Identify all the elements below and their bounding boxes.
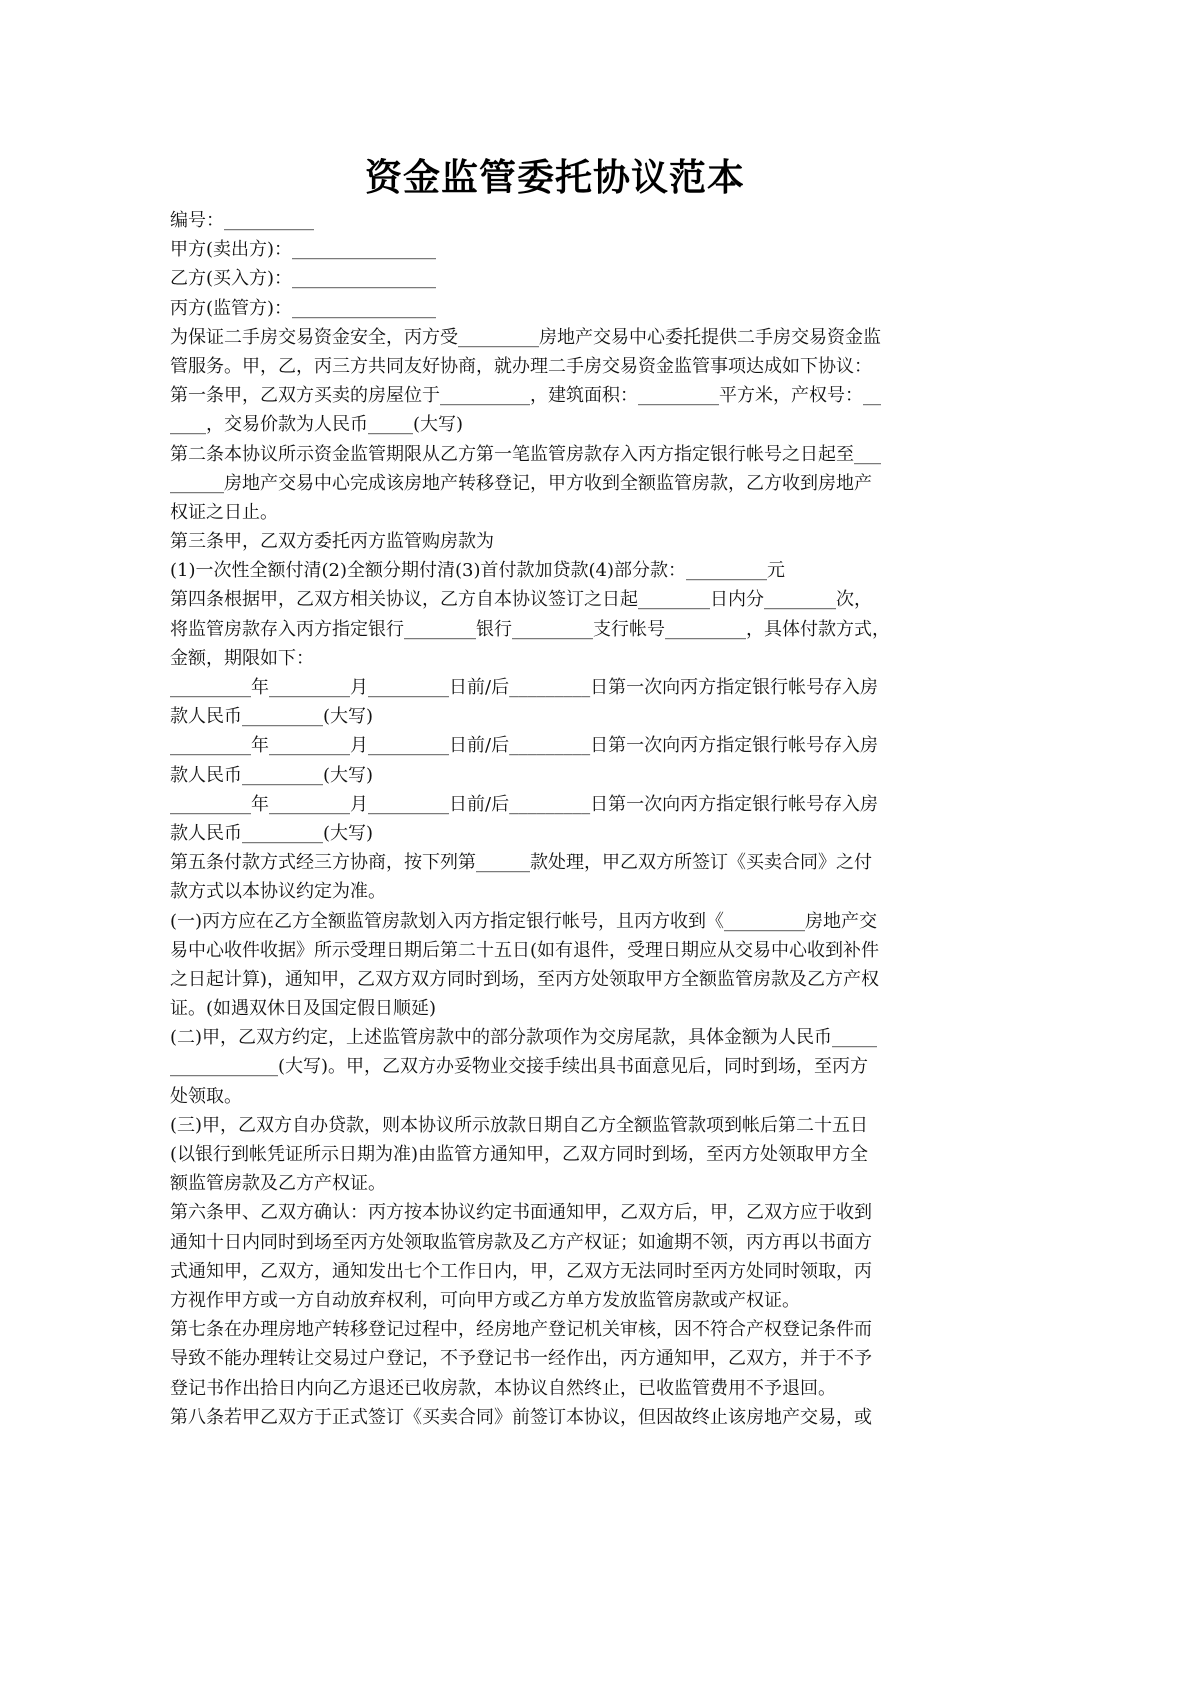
payment-schedule-line: 款人民币_________(大写) — [170, 819, 945, 848]
article-8-line: 第八条若甲乙双方于正式签订《买卖合同》前签订本协议，但因故终止该房地产交易，或 — [170, 1403, 945, 1432]
preamble-line: 管服务。甲，乙，丙三方共同友好协商，就办理二手房交易资金监管事项达成如下协议： — [170, 352, 945, 381]
field-party-b-buyer: 乙方(买入方)：________________ — [170, 264, 945, 293]
article-6-line: 第六条甲、乙双方确认：丙方按本协议约定书面通知甲，乙双方后，甲，乙双方应于收到 — [170, 1198, 945, 1227]
article-1-line: ____，交易价款为人民币_____(大写) — [170, 410, 945, 439]
article-4-line: 第四条根据甲，乙双方相关协议，乙方自本协议签订之日起________日内分___… — [170, 585, 945, 614]
payment-schedule-line: 款人民币_________(大写) — [170, 702, 945, 731]
article-2-line: 权证之日止。 — [170, 498, 945, 527]
article-3-line: 第三条甲，乙双方委托丙方监管购房款为 — [170, 527, 945, 556]
article-6-line: 通知十日内同时到场至丙方处领取监管房款及乙方产权证；如逾期不领，丙方再以书面方 — [170, 1228, 945, 1257]
article-6-line: 方视作甲方或一方自动放弃权利，可向甲方或乙方单方发放监管房款或产权证。 — [170, 1286, 945, 1315]
payment-schedule-line: _________年_________月_________日前/后_______… — [170, 790, 945, 819]
article-5-line: 第五条付款方式经三方协商，按下列第______款处理，甲乙双方所签订《买卖合同》… — [170, 848, 945, 877]
article-2-line: ______房地产交易中心完成该房地产转移登记，甲方收到全额监管房款，乙方收到房… — [170, 469, 945, 498]
clause-5-1-line: 证。(如遇双休日及国定假日顺延) — [170, 994, 945, 1023]
preamble-line: 为保证二手房交易资金安全，丙方受_________房地产交易中心委托提供二手房交… — [170, 323, 945, 352]
payment-schedule-line: _________年_________月_________日前/后_______… — [170, 673, 945, 702]
article-4-line: 将监管房款存入丙方指定银行________银行_________支行帐号____… — [170, 615, 945, 644]
article-7-line: 导致不能办理转让交易过户登记，不予登记书一经作出，丙方通知甲，乙双方，并于不予 — [170, 1344, 945, 1373]
clause-5-2-line: ____________(大写)。甲，乙双方办妥物业交接手续出具书面意见后，同时… — [170, 1052, 945, 1081]
clause-5-1-line: 易中心收件收据》所示受理日期后第二十五日(如有退件，受理日期应从交易中心收到补件 — [170, 936, 945, 965]
clause-5-3-line: 额监管房款及乙方产权证。 — [170, 1169, 945, 1198]
article-5-line: 款方式以本协议约定为准。 — [170, 877, 945, 906]
field-party-a-seller: 甲方(卖出方)：________________ — [170, 235, 945, 264]
article-7-line: 登记书作出拾日内向乙方退还已收房款，本协议自然终止，已收监管费用不予退回。 — [170, 1374, 945, 1403]
clause-5-1-line: 之日起计算)，通知甲，乙双方双方同时到场，至丙方处领取甲方全额监管房款及乙方产权 — [170, 965, 945, 994]
document-page: 资金监管委托协议范本 编号：__________ 甲方(卖出方)：_______… — [0, 0, 1190, 1683]
clause-5-1-line: (一)丙方应在乙方全额监管房款划入丙方指定银行帐号，且丙方收到《________… — [170, 907, 945, 936]
clause-5-3-line: (以银行到帐凭证所示日期为准)由监管方通知甲，乙双方同时到场，至丙方处领取甲方全 — [170, 1140, 945, 1169]
article-1-line: 第一条甲，乙双方买卖的房屋位于__________，建筑面积：_________… — [170, 381, 945, 410]
payment-schedule-line: _________年_________月_________日前/后_______… — [170, 731, 945, 760]
document-body: 编号：__________ 甲方(卖出方)：________________ 乙… — [170, 206, 945, 1432]
article-6-line: 式通知甲，乙双方，通知发出七个工作日内，甲，乙双方无法同时至丙方处同时领取，丙 — [170, 1257, 945, 1286]
document-title: 资金监管委托协议范本 — [170, 152, 940, 204]
article-7-line: 第七条在办理房地产转移登记过程中，经房地产登记机关审核，因不符合产权登记条件而 — [170, 1315, 945, 1344]
clause-5-2-line: 处领取。 — [170, 1082, 945, 1111]
clause-5-3-line: (三)甲，乙双方自办贷款，则本协议所示放款日期自乙方全额监管款项到帐后第二十五日 — [170, 1111, 945, 1140]
clause-5-2-line: (二)甲，乙双方约定，上述监管房款中的部分款项作为交房尾款，具体金额为人民币__… — [170, 1023, 945, 1052]
article-2-line: 第二条本协议所示资金监管期限从乙方第一笔监管房款存入丙方指定银行帐号之日起至__… — [170, 440, 945, 469]
field-party-c-supervisor: 丙方(监管方)：________________ — [170, 294, 945, 323]
article-4-line: 金额，期限如下： — [170, 644, 945, 673]
payment-schedule-line: 款人民币_________(大写) — [170, 761, 945, 790]
field-serial-number: 编号：__________ — [170, 206, 945, 235]
article-3-options: (1)一次性全额付清(2)全额分期付清(3)首付款加贷款(4)部分款：_____… — [170, 556, 945, 585]
